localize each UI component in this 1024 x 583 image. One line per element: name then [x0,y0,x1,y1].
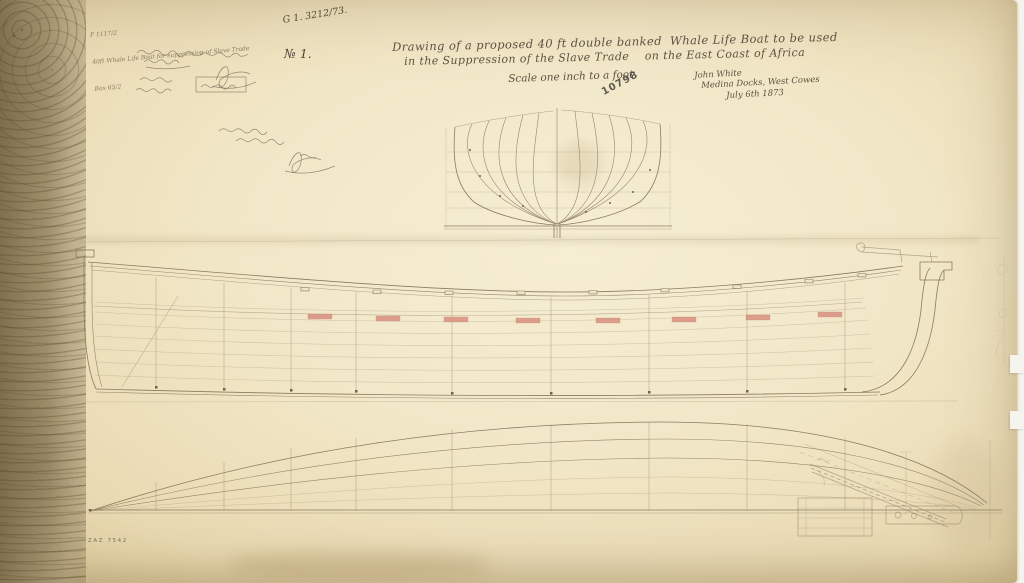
pencil-note-line2: 40ft Whale Life Boat for suppression of … [92,44,250,67]
bow-fitting-pencil-sketch [856,243,938,262]
body-plan-view [444,108,672,238]
thwart-marks [308,312,842,323]
scan-edge-tab [1010,355,1024,373]
keel-gear-detail-sketch [798,440,990,540]
sheer-profile-view [76,238,1000,402]
scanned-plan-sheet: F 1117/2 40ft Whale Life Boat for suppre… [0,0,1024,583]
pencil-reference-note: F 1117/2 40ft Whale Life Boat for suppre… [88,0,254,112]
half-breadth-station-lines [89,422,845,512]
half-breadth-view [88,422,1002,513]
profile-station-lines [155,278,847,395]
scan-edge-tab [1010,411,1024,429]
paper-sheet: F 1117/2 40ft Whale Life Boat for suppre… [0,0,1017,583]
pencil-note-line1: F 1117/2 [90,17,248,40]
sheet-number: № 1. [284,46,312,61]
margin-pencil-sketches [996,255,1008,365]
archive-reference-mark: ZAZ 7542 [88,538,128,544]
pencil-note-line3: Box 65/2 [94,71,252,94]
